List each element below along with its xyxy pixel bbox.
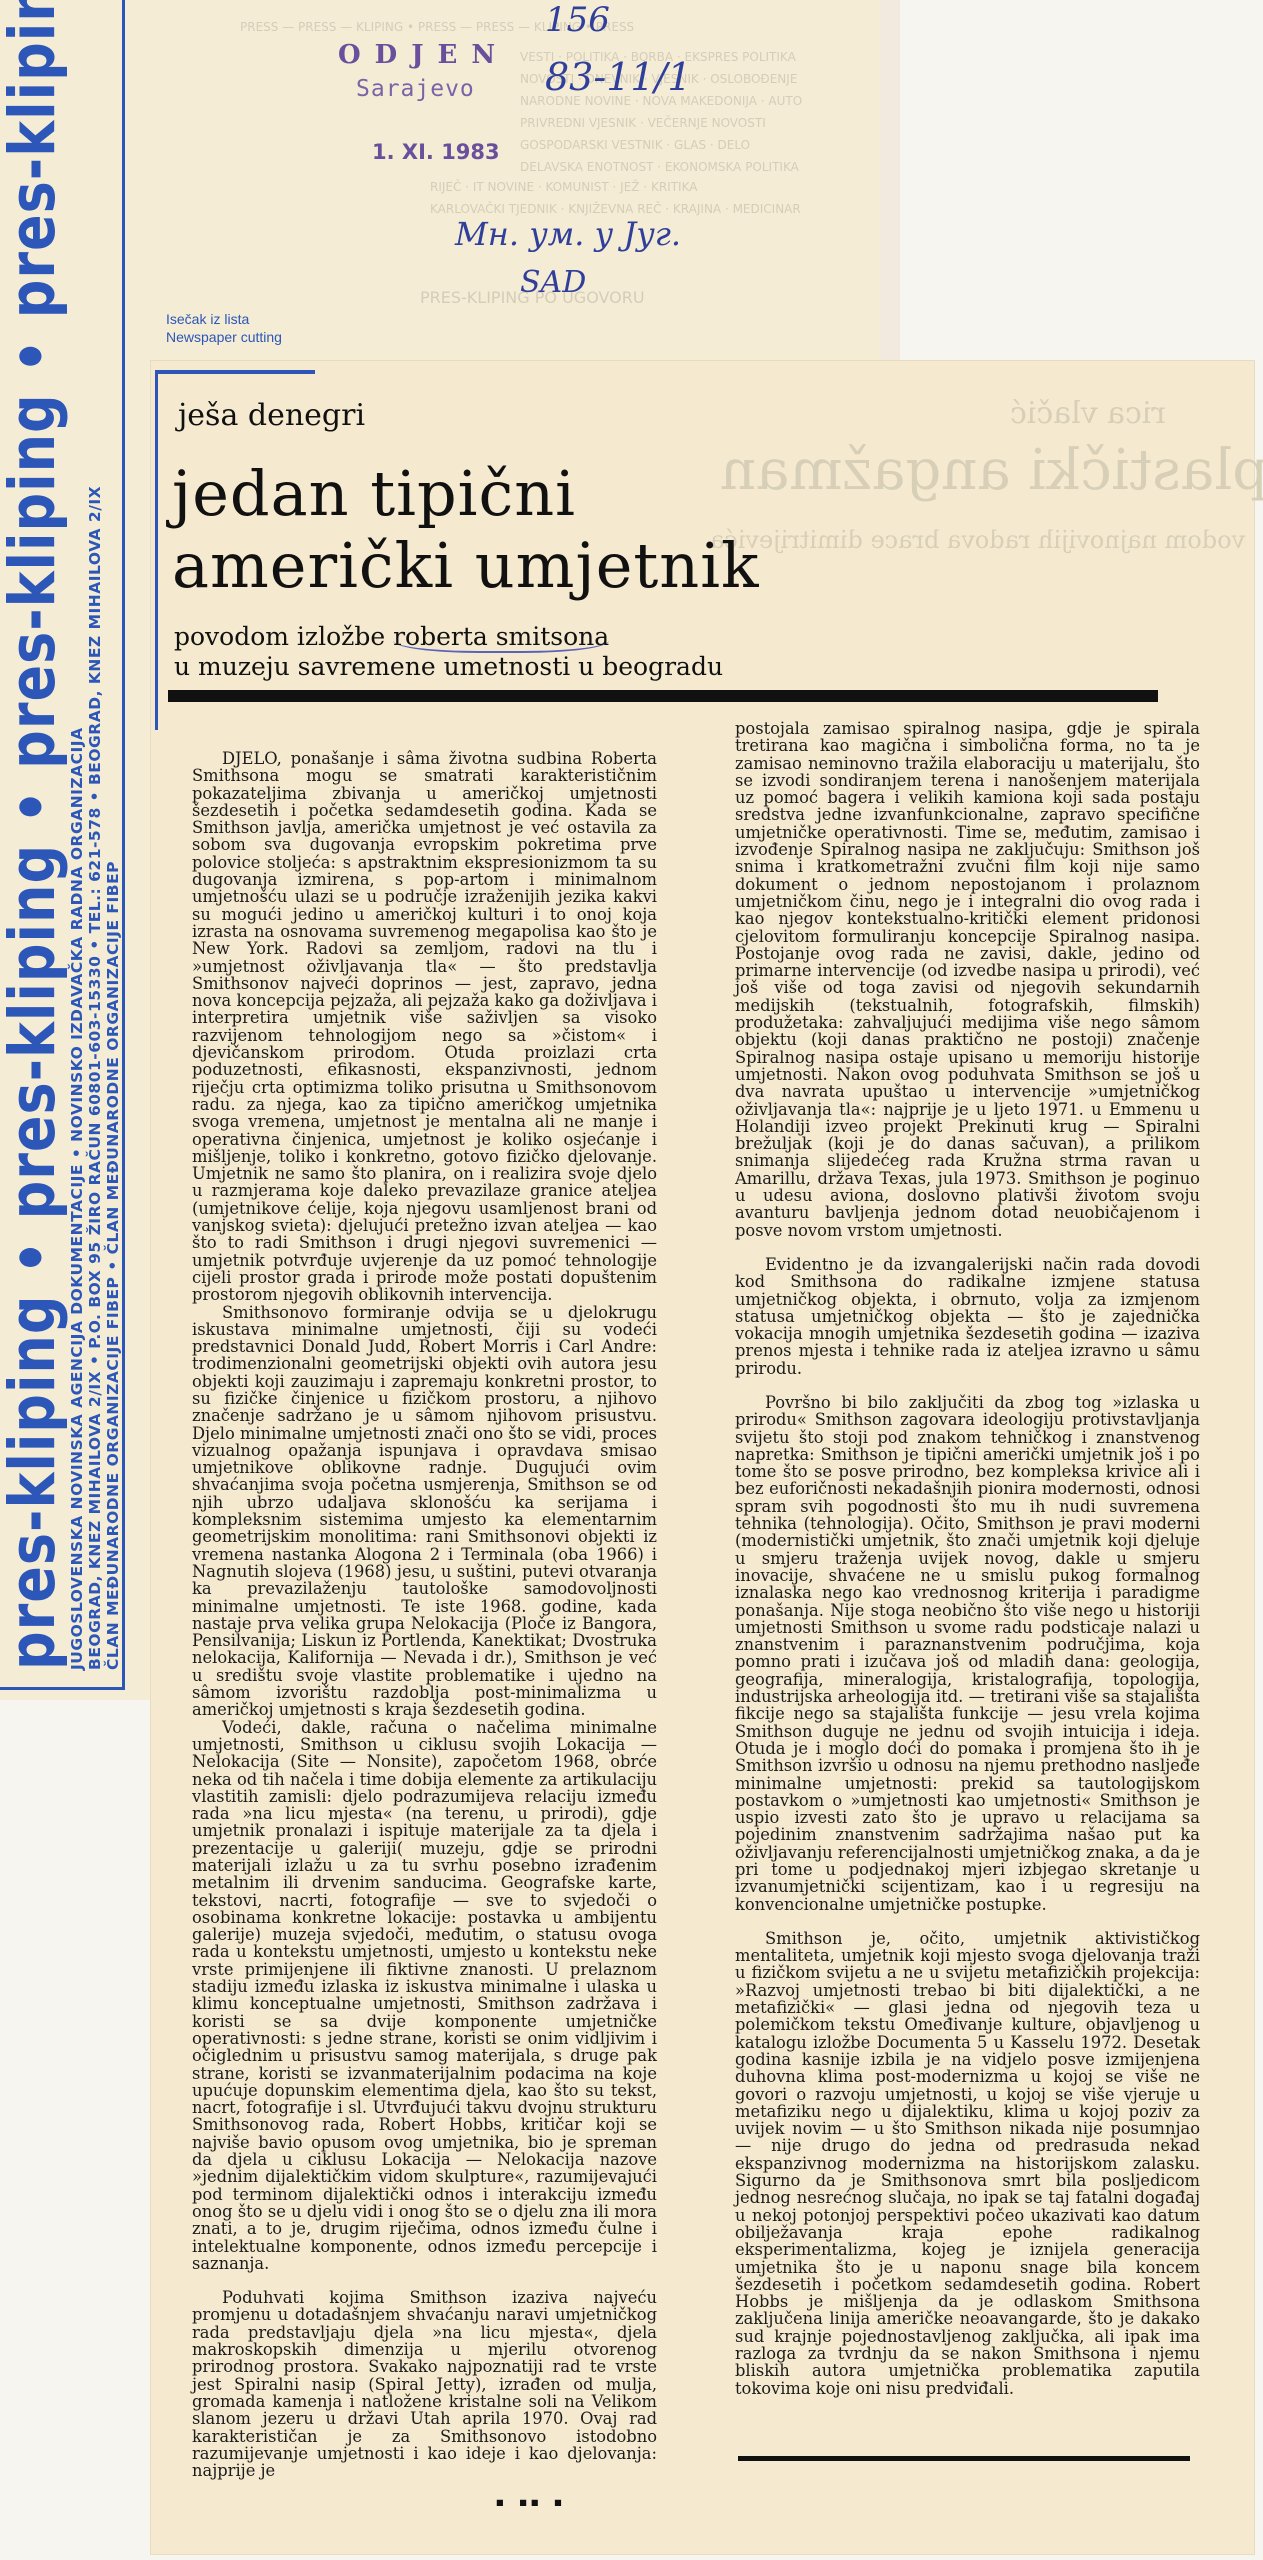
press-clipping-brand-strip: pres-kliping • pres-kliping • pres-klipi… — [0, 0, 125, 1690]
handwritten-note: Мн. ум. у Југ. — [455, 215, 681, 253]
ghost-author: rica vlačić — [1010, 396, 1166, 431]
stamp-city: Sarajevo — [356, 76, 475, 102]
paragraph: Poduhvati kojima Smithson izaziva najveć… — [192, 2289, 657, 2479]
heading-rule — [168, 690, 1158, 702]
article-column-right: postojala zamisao spiralnog nasipa, gdje… — [735, 720, 1200, 2397]
article-title: jedan tipični američki umjetnik — [172, 458, 972, 602]
paragraph: Smithson je, očito, umjetnik aktivističk… — [735, 1930, 1200, 2397]
subtitle-underlined-name: roberta smitsona — [393, 622, 609, 653]
ghost-print: GOSPODARSKI VESTNIK · GLAS · DELO — [520, 138, 750, 152]
title-line-2: američki umjetnik — [172, 530, 972, 602]
paragraph: Evidentno je da izvangalerijski način ra… — [735, 1256, 1200, 1377]
paragraph: postojala zamisao spiralnog nasipa, gdje… — [735, 720, 1200, 1239]
cutting-label-local: Isečak iz lista — [166, 310, 282, 328]
paragraph: Površno bi bilo zaključiti da zbog tog »… — [735, 1394, 1200, 1913]
brand-title: pres-kliping • pres-kliping • pres-klipi… — [0, 0, 65, 1670]
stamp-date: 1. XI. 1983 — [372, 140, 500, 164]
blue-border-top — [155, 370, 315, 374]
article-subtitle: povodom izložbe roberta smitsona u muzej… — [174, 622, 1074, 682]
paragraph: Vodeći, dakle, računa o načelima minimal… — [192, 1719, 657, 2273]
cutting-label-english: Newspaper cutting — [166, 328, 282, 346]
subtitle-line-2: u muzeju savremene umetnosti u beogradu — [174, 652, 1074, 682]
cut-marks: ▪ ▪▪ ▪ — [495, 2492, 565, 2511]
handwritten-reference: 83-11/1 — [545, 55, 692, 99]
paragraph: DJELO, ponašanje i sâma životna sudbina … — [192, 750, 657, 1304]
blue-border-left — [155, 370, 158, 730]
article-column-left: DJELO, ponašanje i sâma životna sudbina … — [192, 750, 657, 2479]
ghost-print: PRIVREDNI VJESNIK · VEČERNJE NOVOSTI — [520, 116, 766, 130]
handwritten-country: SAD — [520, 265, 586, 300]
ghost-print: KARLOVAČKI TJEDNIK · KNJIŽEVNA REČ · KRA… — [430, 202, 801, 216]
handwritten-number: 156 — [545, 0, 610, 40]
ghost-print: RIJEČ · IT NOVINE · KOMUNIST · JEŽ · KRI… — [430, 180, 697, 194]
ghost-print: DELAVSKA ENOTNOST · EKONOMSKA POLITIKA — [520, 160, 799, 174]
subtitle-prefix: povodom izložbe — [174, 622, 393, 651]
card-edge — [880, 0, 900, 360]
brand-agency-line: JUGOSLOVENSKA NOVINSKA AGENCIJA DOKUMENT… — [68, 727, 86, 1670]
cutting-label: Isečak iz lista Newspaper cutting — [166, 310, 282, 346]
article-author: ješa denegri — [178, 398, 365, 433]
brand-membership-line: ČLAN MEĐUNARODNE ORGANIZACIJE FIBEP • ČL… — [104, 861, 122, 1670]
brand-address-line: BEOGRAD, KNEZ MIHAILOVA 2/IX • P.O. BOX … — [86, 486, 104, 1670]
title-line-1: jedan tipični — [172, 458, 972, 530]
paragraph: Smithsonovo formiranje odvija se u djelo… — [192, 1304, 657, 1719]
article-end-rule — [738, 2456, 1190, 2461]
stamp-publication-name: ODJEN — [338, 40, 509, 70]
newspaper-article: rica vlačić anplastički angažman vodom n… — [150, 360, 1255, 2555]
